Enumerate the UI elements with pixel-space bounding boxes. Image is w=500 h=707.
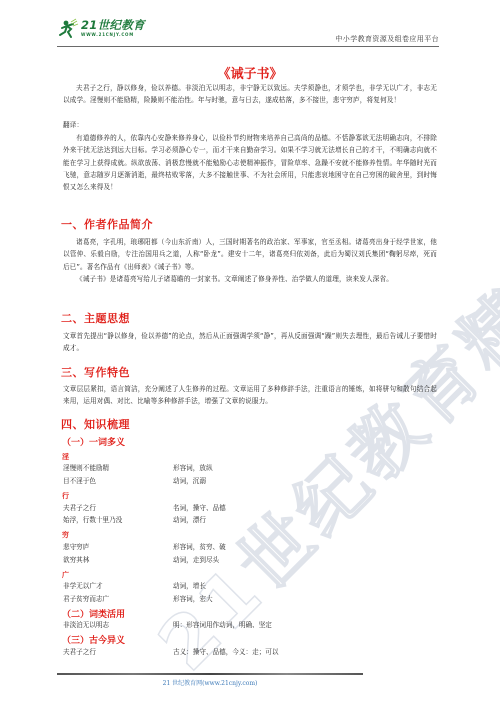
conversion-row: 非淡泊无以明志 明：形容词用作动词，明确、坚定	[63, 620, 443, 631]
example-text: 非学无以广才	[63, 581, 103, 592]
polysemy-char: 淫	[62, 452, 69, 462]
footer-divider	[57, 673, 363, 675]
meaning-text: 形容词，宏大	[173, 594, 213, 605]
meaning-text: 动词，增长	[173, 581, 206, 592]
section-heading-theme: 二、主题思想	[61, 310, 130, 326]
work-paragraph: 《诫子书》是诸葛亮写给儿子诸葛瞻的一封家书。文章阐述了修身养性、治学做人的道理，…	[63, 273, 437, 285]
polysemy-char: 穷	[62, 530, 69, 540]
polysemy-row: 始浮，行数十里乃没 动词，漂行	[63, 515, 443, 526]
logo-sub-text: WWW.21CNJY.COM	[81, 32, 145, 38]
document-title: 《诫子书》	[0, 63, 500, 82]
author-paragraph: 诸葛亮，字孔明，琅琊阳都（今山东沂南）人，三国时期著名的政治家、军事家，官至丞相…	[63, 236, 437, 273]
section-heading-style: 三、写作特色	[61, 364, 130, 380]
style-paragraph: 文章层层紧扣，语言简洁，充分阐述了人生修养的过程。文章运用了多种修辞手法，注重语…	[63, 383, 437, 408]
runner-logo-icon	[57, 18, 79, 42]
polysemy-row: 目不淫于色 动词，沉溺	[63, 476, 443, 487]
ancient-modern-row: 夫君子之行 古义：操守、品德，今义：走；可以	[63, 647, 443, 658]
header-platform-text: 中小学教育资源及组卷应用平台	[335, 34, 439, 44]
translation-text: 有道德修养的人，依靠内心安静来修养身心，以俭朴节约财物来培养自己高尚的品德。不恬…	[63, 132, 437, 193]
example-text: 目不淫于色	[63, 476, 96, 487]
page-header: 21世纪教育 WWW.21CNJY.COM 中小学教育资源及组卷应用平台	[57, 18, 439, 47]
polysemy-row: 非学无以广才 动词，增长	[63, 581, 443, 592]
example-text: 淫慢则不能励精	[63, 463, 109, 474]
example-text: 始浮，行数十里乃没	[63, 515, 122, 526]
polysemy-char: 行	[62, 491, 69, 501]
example-text: 悲守穷庐	[63, 542, 89, 553]
logo-main-text: 21世纪教育	[81, 18, 145, 32]
example-text: 夫君子之行	[63, 647, 96, 658]
meaning-text: 形容词，放纵	[173, 463, 213, 474]
subheading-ancient-modern: （三）古今异义	[62, 633, 125, 646]
example-text: 夫君子之行	[63, 503, 96, 514]
example-text: 欲穷其林	[63, 555, 89, 566]
meaning-text: 动词，漂行	[173, 515, 206, 526]
meaning-text: 名词，操守、品德	[173, 503, 226, 514]
meaning-text: 古义：操守、品德，今义：走；可以	[173, 647, 279, 658]
subheading-polysemy: （一）一词多义	[62, 435, 125, 448]
polysemy-row: 君子贫穷而志广 形容词，宏大	[63, 594, 443, 605]
example-text: 君子贫穷而志广	[63, 594, 109, 605]
meaning-text: 形容词，贫穷、破	[173, 542, 226, 553]
logo: 21世纪教育 WWW.21CNJY.COM	[57, 18, 145, 44]
translation-label: 翻译：	[63, 119, 437, 131]
meaning-text: 明：形容词用作动词，明确、坚定	[173, 620, 272, 631]
polysemy-row: 欲穷其林 动词，走到尽头	[63, 555, 443, 566]
theme-paragraph: 文章首先提出“静以修身，俭以养德”的论点，然后从正面强调学须“静”，再从反面强调…	[63, 330, 437, 355]
polysemy-char: 广	[62, 570, 69, 580]
example-text: 非淡泊无以明志	[63, 620, 109, 631]
meaning-text: 动词，沉溺	[173, 476, 206, 487]
subheading-conversion: （二）词类活用	[62, 607, 125, 620]
footer-text: 21 世纪教育网(www.21cnjy.com)	[0, 678, 420, 687]
polysemy-row: 淫慢则不能励精 形容词，放纵	[63, 463, 443, 474]
original-text: 夫君子之行，静以修身，俭以养德。非淡泊无以明志，非宁静无以致远。夫学须静也，才须…	[63, 82, 437, 107]
polysemy-row: 悲守穷庐 形容词，贫穷、破	[63, 542, 443, 553]
polysemy-row: 夫君子之行 名词，操守、品德	[63, 503, 443, 514]
section-heading-knowledge: 四、知识梳理	[61, 416, 130, 432]
meaning-text: 动词，走到尽头	[173, 555, 219, 566]
section-heading-author: 一、作者作品简介	[61, 216, 153, 232]
